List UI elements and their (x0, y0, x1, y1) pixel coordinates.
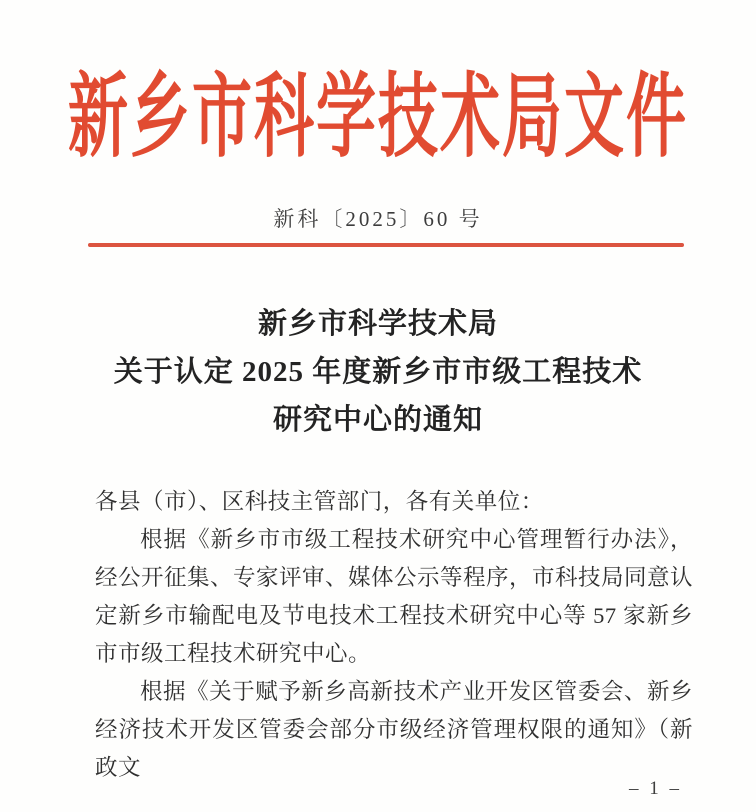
document-number: 新科〔2025〕60 号 (0, 203, 756, 233)
page-number: – 1 – (629, 778, 682, 800)
document-title-line-2: 关于认定 2025 年度新乡市市级工程技术 (0, 348, 756, 396)
agency-masthead: 新乡市科学技术局文件 (0, 58, 756, 162)
body-paragraph-2: 根据《关于赋予新乡高新技术产业开发区管委会、新乡经济技术开发区管委会部分市级经济… (95, 673, 693, 787)
document-page: 新乡市科学技术局文件 新科〔2025〕60 号 新乡市科学技术局 关于认定 20… (0, 0, 756, 812)
body-paragraph-1: 根据《新乡市市级工程技术研究中心管理暂行办法》，经公开征集、专家评审、媒体公示等… (95, 521, 693, 673)
document-title-line-1: 新乡市科学技术局 (0, 300, 756, 348)
document-title: 新乡市科学技术局 关于认定 2025 年度新乡市市级工程技术 研究中心的通知 (0, 300, 756, 444)
document-title-line-3: 研究中心的通知 (0, 396, 756, 444)
agency-masthead-title: 新乡市科学技术局文件 (68, 45, 688, 176)
salutation-line: 各县（市）、区科技主管部门，各有关单位： (95, 483, 693, 521)
document-body: 各县（市）、区科技主管部门，各有关单位： 根据《新乡市市级工程技术研究中心管理暂… (95, 483, 693, 787)
red-divider-line (88, 243, 684, 247)
